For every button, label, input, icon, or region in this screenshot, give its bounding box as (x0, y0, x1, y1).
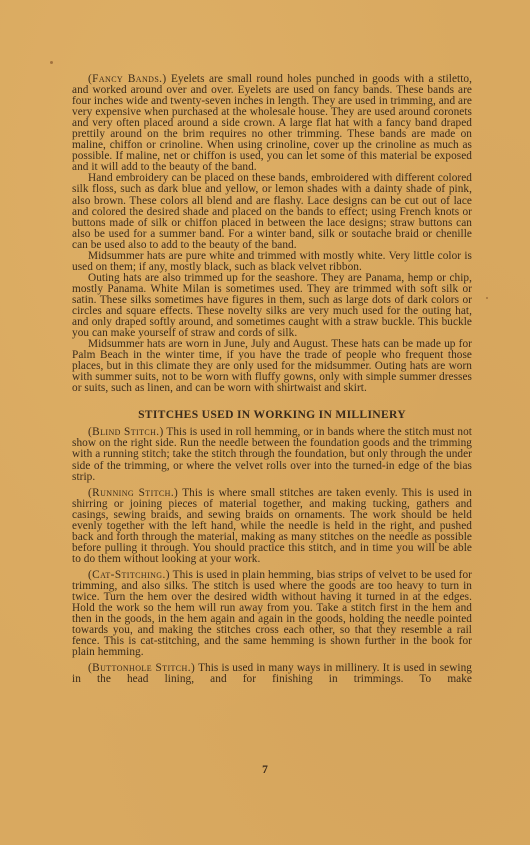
paragraph-running-stitch: (Running Stitch.) This is where small st… (72, 488, 472, 565)
paragraph-text: Eyelets are small round holes punched in… (72, 73, 472, 173)
paragraph-buttonhole-stitch: (Buttonhole Stitch.) This is used in man… (72, 663, 472, 685)
page-number: 7 (0, 764, 530, 776)
paper-speck (50, 61, 53, 64)
paragraph-text: This is where small stitches are taken e… (72, 487, 472, 565)
paper-speck (486, 297, 488, 299)
paragraph-text: Midsummer hats are pure white and trimme… (72, 250, 472, 273)
paragraph-cat-stitching: (Cat-Stitching.) This is used in plain h… (72, 570, 472, 658)
paragraph-outing-hats: Outing hats are also trimmed up for the … (72, 273, 472, 339)
paragraph-text: Outing hats are also trimmed up for the … (72, 272, 472, 339)
paragraph-blind-stitch: (Blind Stitch.) This is used in roll hem… (72, 427, 472, 482)
book-page: (Fancy Bands.) Eyelets are small round h… (72, 74, 472, 685)
paragraph-text: This is used in plain hemming, bias stri… (72, 569, 472, 658)
paragraph-midsummer-hats: Midsummer hats are pure white and trimme… (72, 251, 472, 273)
paragraph-text: Midsummer hats are worn in June, July an… (72, 338, 472, 394)
paragraph-hand-embroidery: Hand embroidery can be placed on these b… (72, 173, 472, 250)
paragraph-fancy-bands: (Fancy Bands.) Eyelets are small round h… (72, 74, 472, 173)
paragraph-midsummer-season: Midsummer hats are worn in June, July an… (72, 339, 472, 394)
section-heading: STITCHES USED IN WORKING IN MILLINERY (72, 408, 472, 421)
paragraph-text: Hand embroidery can be placed on these b… (72, 172, 472, 250)
